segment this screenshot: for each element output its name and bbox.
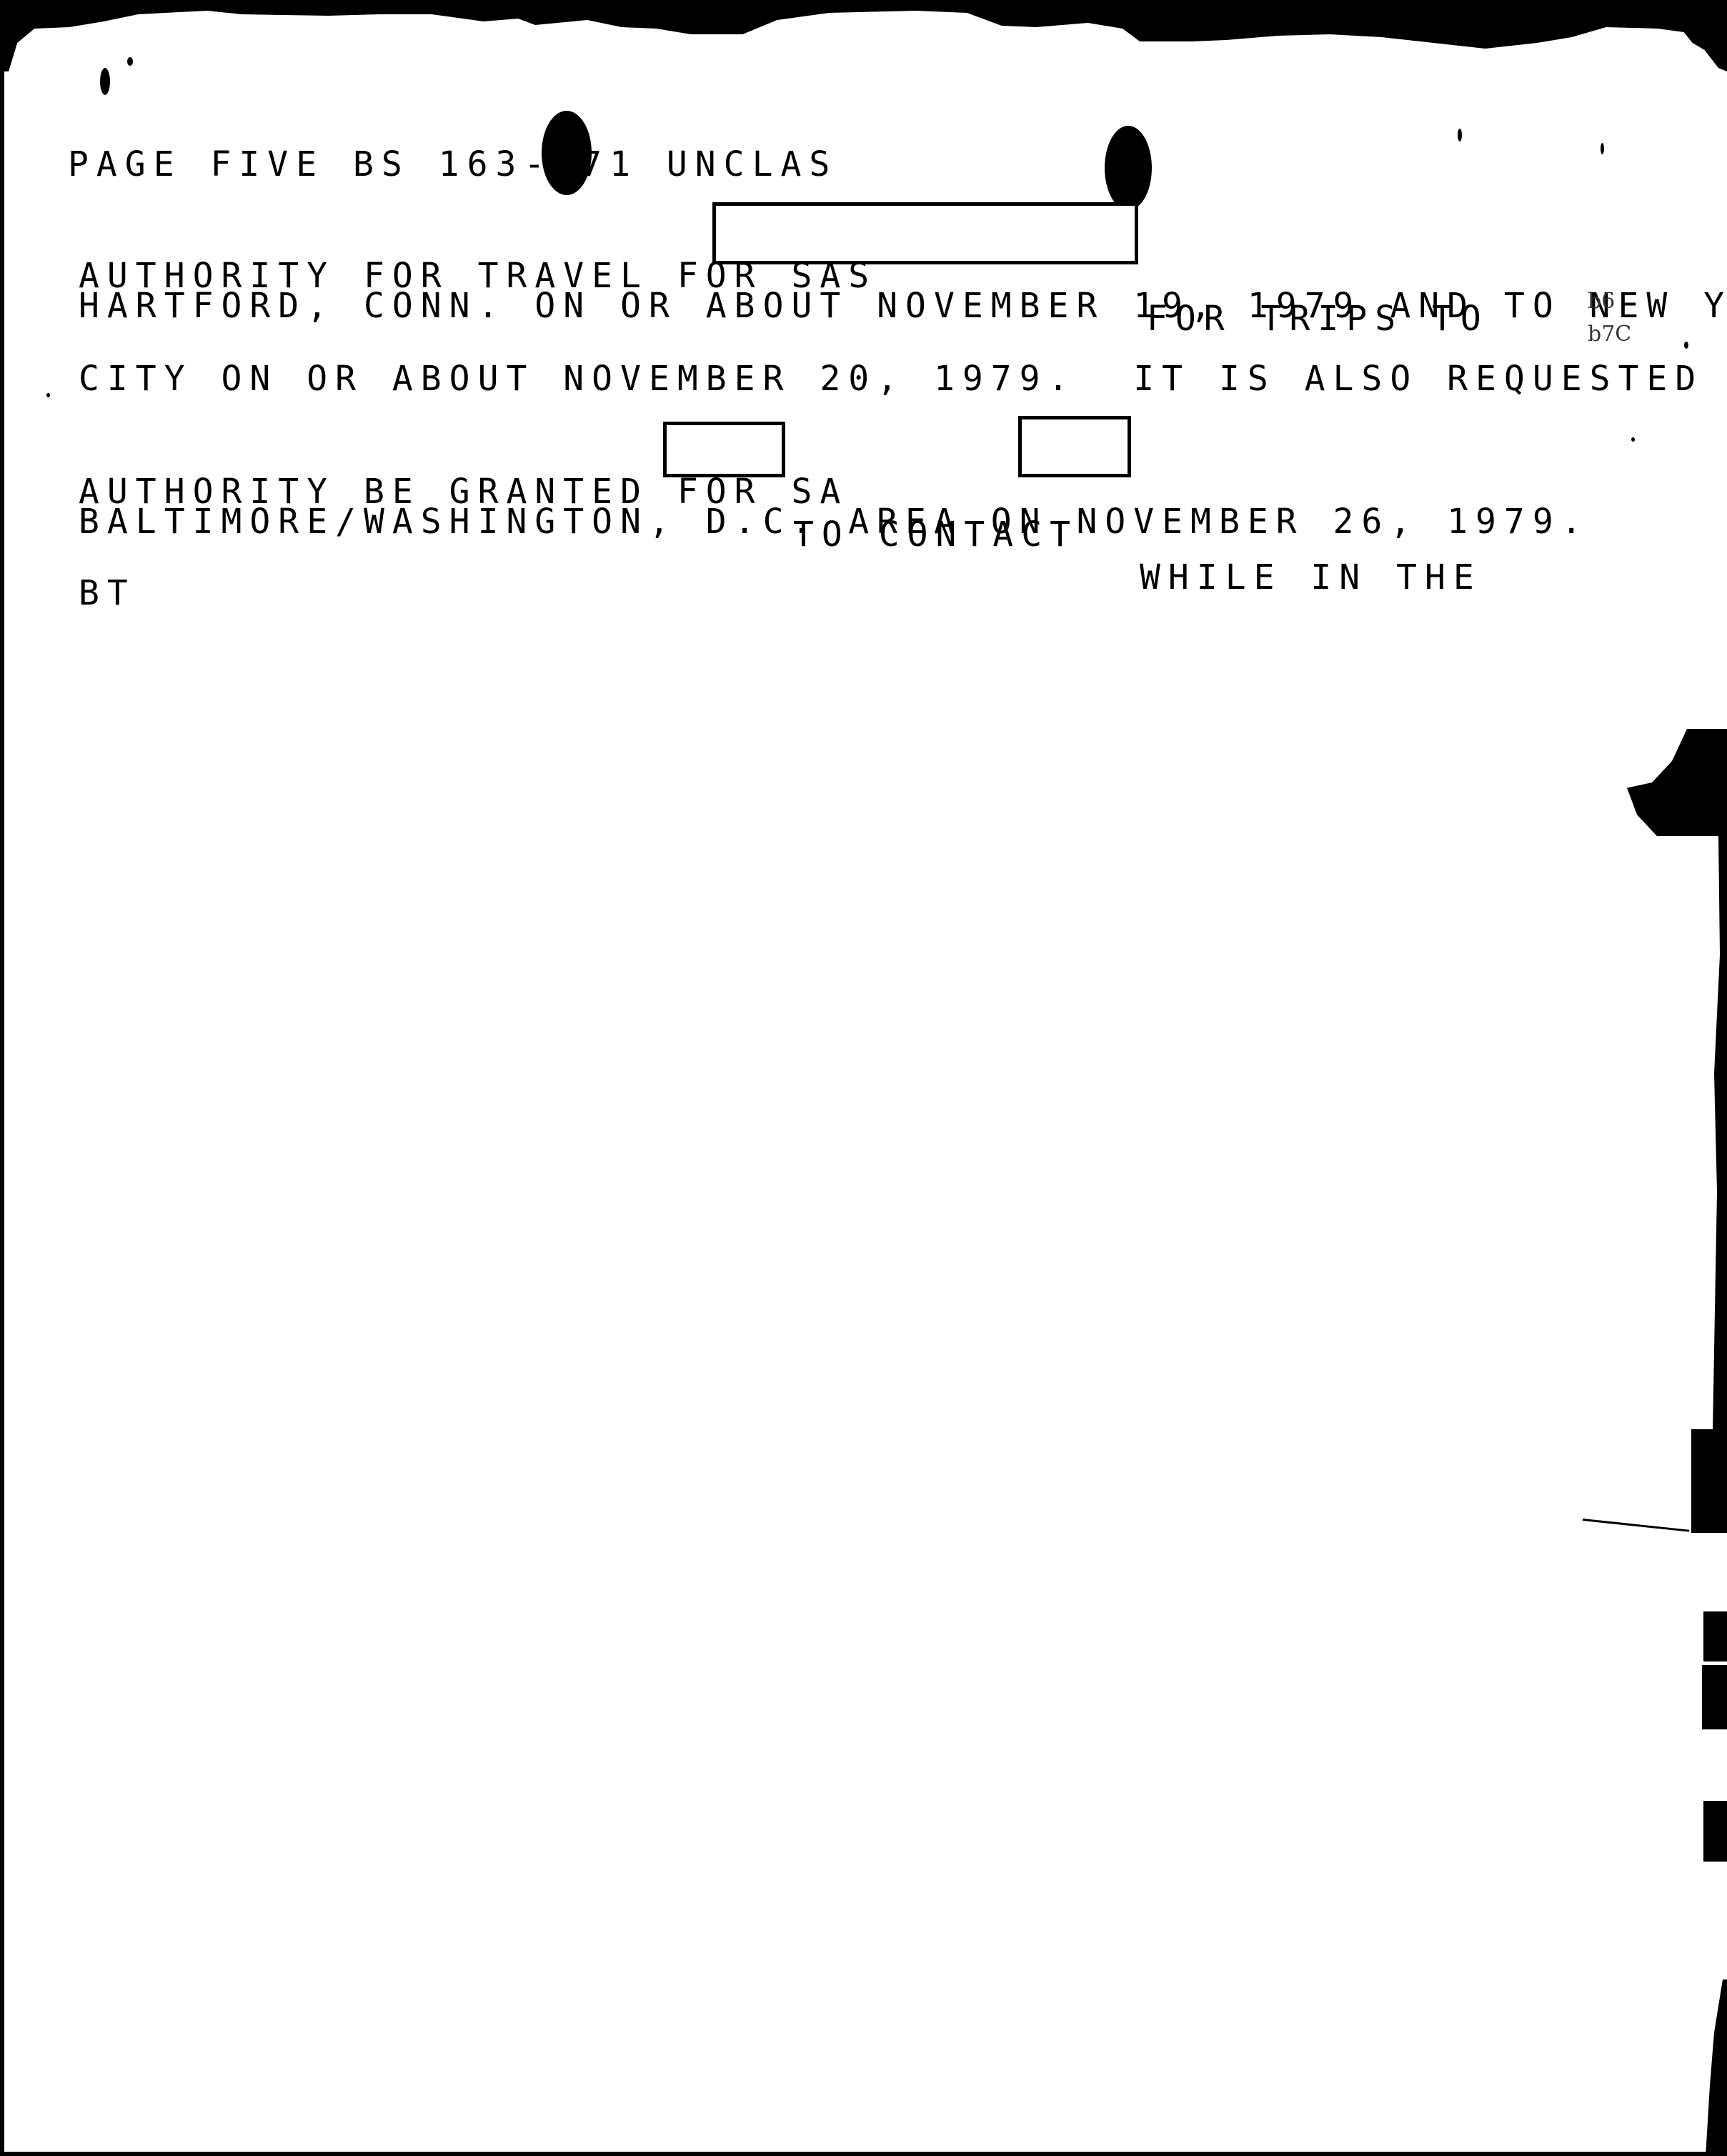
paper-crease [1583,1519,1689,1532]
document-header: PAGE FIVE BS 163-371 UNCLAS [68,143,837,186]
scan-edge-right [1713,836,1727,1429]
text-line: CITY ON OR ABOUT NOVEMBER 20, 1979. IT I… [79,357,1727,400]
scan-edge-right [1703,1611,1727,1661]
scan-edge-right [1691,1429,1727,1533]
scan-edge-right [1702,1665,1727,1729]
text-segment: WHILE IN THE [1140,556,1482,599]
text-line: HARTFORD, CONN. ON OR ABOUT NOVEMBER 19,… [79,284,1727,327]
redaction-box [712,202,1138,264]
scan-edge-right [1703,1801,1727,1862]
scan-speck [1458,129,1462,141]
scan-edge-bottom [0,2152,1727,2156]
text-line: BALTIMORE/WASHINGTON, D.C. AREA ON NOVEM… [79,500,1590,543]
scan-edge-left [0,0,4,2156]
scan-speck [1631,437,1635,442]
scan-speck [1601,143,1604,154]
exemption-code: b7C [1588,320,1631,349]
punch-hole [1105,126,1152,210]
exemption-code: b6 [1588,287,1615,316]
redaction-box [663,422,785,477]
scan-speck [127,57,133,66]
scan-speck [1684,342,1688,349]
scan-speck [46,393,50,397]
scanned-document-page: PAGE FIVE BS 163-371 UNCLAS AUTHORITY FO… [0,0,1727,2156]
break-marker: BT [79,572,136,615]
scan-edge-right [1706,1979,1727,2156]
scan-speck [100,68,110,95]
scan-edge-right [1627,729,1727,836]
redaction-box [1018,416,1131,477]
scan-edge-top [0,0,1727,71]
